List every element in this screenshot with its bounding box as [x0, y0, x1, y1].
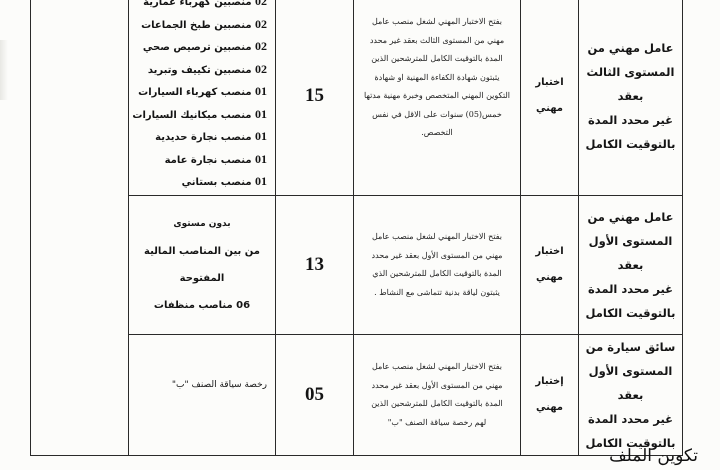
specialty-label: منصب نجارة عامة	[165, 155, 252, 166]
job-title-line: المستوى الثالث بعقد	[585, 60, 676, 108]
specialty-label: منصب كهرباء السيارات	[138, 87, 251, 98]
recruitment-positions-table: عامل مهني من المستوى الثالث بعقد غير محد…	[30, 0, 683, 456]
details-cell: رخصة سياقة الصنف "ب"	[129, 335, 276, 456]
specialty-item: 02 منصبين تكييف وتبريد	[137, 58, 267, 81]
specialties-list: 02 منصبين كهرباء عمارية 02 منصبين طبخ ال…	[137, 0, 267, 193]
specialty-label: منصب بستاني	[182, 177, 252, 188]
mode-line: مهني	[521, 96, 578, 122]
job-title-line: غير محدد المدة	[585, 108, 676, 132]
specialty-item: 01 منصب نجارة عامة	[137, 148, 267, 171]
condition-line: مهني من المستوى الأول بعقد غير محدد	[360, 247, 514, 266]
mode-line: إختبار	[521, 369, 578, 395]
condition-line: التخصص.	[360, 124, 514, 143]
specialty-label: منصب ميكانيك السيارات	[132, 110, 251, 121]
section-heading-file-composition: تكوين الملف	[609, 446, 698, 466]
job-title-cell: عامل مهني من المستوى الثالث بعقد غير محد…	[579, 0, 683, 196]
specialty-count: 01	[255, 84, 267, 98]
details-cell: بدون مستوى من بين المناصب المالية المفتو…	[129, 196, 276, 335]
job-title-line: عامل مهني من	[585, 36, 676, 60]
condition-line: المدة بالتوقيت الكامل للمترشحين الذين	[360, 50, 514, 69]
specialty-label: منصبين كهرباء عمارية	[143, 0, 251, 8]
job-title-cell: سائق سيارة من المستوى الأول بعقد غير محد…	[579, 335, 683, 456]
job-title-line: سائق سيارة من	[585, 335, 676, 359]
condition-line: يثبتون شهادة الكفاءة المهنية او شهادة	[360, 69, 514, 88]
specialty-item: 02 منصبين طبخ الجماعات	[137, 13, 267, 36]
condition-line: التكوين المهني المتخصص وخبرة مهنية مدتها	[360, 87, 514, 106]
mode-line: اختبار	[521, 239, 578, 265]
job-title-line: غير محدد المدة	[585, 407, 676, 431]
table-row: سائق سيارة من المستوى الأول بعقد غير محد…	[31, 335, 683, 456]
scan-edge-shadow	[0, 40, 8, 100]
job-title-cell: عامل مهني من المستوى الأول بعقد غير محدد…	[579, 196, 683, 335]
condition-line: لهم رخصة سياقة الصنف "ب"	[360, 414, 514, 433]
specialty-count: 01	[255, 174, 267, 188]
specialty-label: منصب نجارة حديدية	[155, 132, 251, 143]
recruitment-mode-cell: اختبار مهني	[521, 0, 579, 196]
condition-line: المدة بالتوقيت الكامل للمترشحين الذي	[360, 265, 514, 284]
specialty-label: منصبين تكييف وتبريد	[148, 65, 252, 76]
job-title-line: عامل مهني من	[585, 205, 676, 229]
conditions-cell: بفتح الاختبار المهني لشغل منصب عامل مهني…	[354, 0, 521, 196]
specialty-count: 01	[255, 152, 267, 166]
cleaners-positions: 06 مناصب منظفات	[137, 292, 267, 319]
job-title-line: المستوى الأول بعقد	[585, 229, 676, 277]
condition-line: يثبتون لياقة بدنية تتماشى مع النشاط .	[360, 284, 514, 303]
table-row: عامل مهني من المستوى الثالث بعقد غير محد…	[31, 0, 683, 196]
table-row: عامل مهني من المستوى الأول بعقد غير محدد…	[31, 196, 683, 335]
specialty-item: 01 منصب نجارة حديدية	[137, 125, 267, 148]
job-title-line: المستوى الأول بعقد	[585, 359, 676, 407]
condition-line: بفتح الاختبار المهني لشغل منصب عامل	[360, 228, 514, 247]
recruitment-mode-cell: إختبار مهني	[521, 335, 579, 456]
condition-line: بفتح الاختبار المهني لشغل منصب عامل	[360, 358, 514, 377]
specialty-count: 02	[255, 39, 267, 53]
conditions-cell: بفتح الاختبار المهني لشغل منصب عامل مهني…	[354, 335, 521, 456]
condition-line: مهني من المستوى الأول بعقد غير محدد	[360, 377, 514, 396]
job-title-line: بالتوقيت الكامل	[585, 301, 676, 325]
scanned-document-page: عامل مهني من المستوى الثالث بعقد غير محد…	[0, 0, 720, 470]
condition-line: خمس(05) سنوات على الاقل في نفس	[360, 106, 514, 125]
mode-line: مهني	[521, 265, 578, 291]
specialty-item: 02 منصبين كهرباء عمارية	[137, 0, 267, 13]
conditions-cell: بفتح الاختبار المهني لشغل منصب عامل مهني…	[354, 196, 521, 335]
specialty-count: 01	[255, 129, 267, 143]
education-level: بدون مستوى	[137, 211, 267, 238]
specialty-count: 01	[255, 107, 267, 121]
specialty-count: 02	[255, 0, 267, 8]
positions-count-cell: 05	[276, 335, 354, 456]
specialty-item: 01 منصب بستاني	[137, 170, 267, 193]
positions-count-cell: 13	[276, 196, 354, 335]
specialty-item: 01 منصب كهرباء السيارات	[137, 80, 267, 103]
recruitment-mode-cell: اختبار مهني	[521, 196, 579, 335]
specialty-count: 02	[255, 17, 267, 31]
condition-line: بفتح الاختبار المهني لشغل منصب عامل	[360, 13, 514, 32]
mode-line: مهني	[521, 395, 578, 421]
condition-line: مهني من المستوى الثالث بعقد غير محدد	[360, 32, 514, 51]
condition-line: المدة بالتوقيت الكامل للمترشحين الذين	[360, 395, 514, 414]
specialties-cell: 02 منصبين كهرباء عمارية 02 منصبين طبخ ال…	[129, 0, 276, 196]
job-title-line: بالتوقيت الكامل	[585, 132, 676, 156]
specialty-item: 02 منصبين ترصيص صحي	[137, 35, 267, 58]
specialty-item: 01 منصب ميكانيك السيارات	[137, 103, 267, 126]
license-requirement: رخصة سياقة الصنف "ب"	[137, 380, 267, 390]
mode-line: اختبار	[521, 70, 578, 96]
job-title-line: غير محدد المدة	[585, 277, 676, 301]
specialty-label: منصبين ترصيص صحي	[143, 42, 252, 53]
positions-note: من بين المناصب المالية المفتوحة	[137, 238, 267, 292]
specialty-count: 02	[255, 62, 267, 76]
specialty-label: منصبين طبخ الجماعات	[141, 20, 251, 31]
observations-cell-empty	[31, 0, 129, 456]
positions-count-cell: 15	[276, 0, 354, 196]
